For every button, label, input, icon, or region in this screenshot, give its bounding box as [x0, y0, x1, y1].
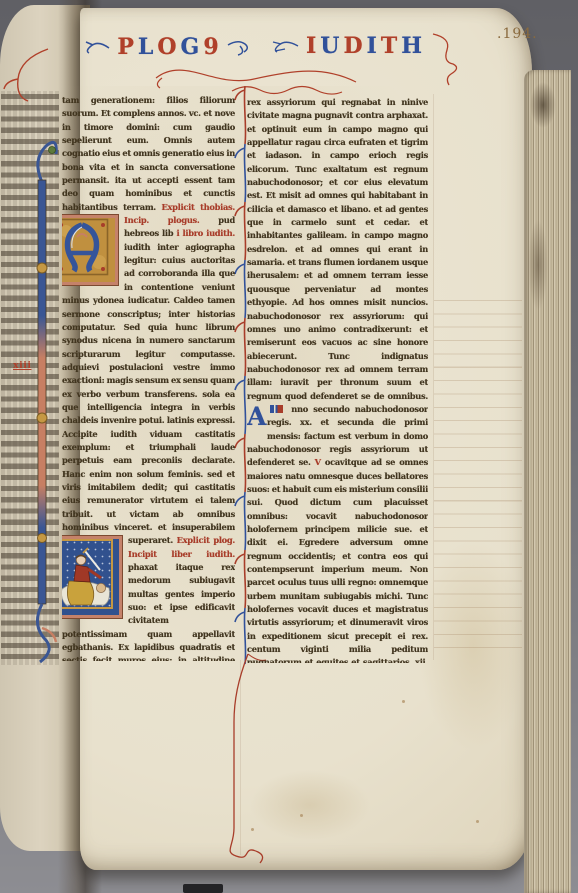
- chapter2-initial-a: A: [247, 404, 264, 431]
- manuscript-photo: xiii PLOG9 IUDITH .194.: [0, 0, 578, 893]
- initial-a-ornament: [62, 218, 109, 276]
- left-text-column: tam generationem: filios filiorum suorum…: [62, 94, 235, 661]
- tobit-ending-text: tam generationem: filios filiorum suorum…: [62, 95, 235, 212]
- section-divider-paraph: [270, 405, 283, 413]
- foxing-dot: [300, 814, 303, 817]
- foxing-dot: [402, 700, 405, 703]
- penwork-flourish-icon: [84, 38, 110, 56]
- penwork-flourish-icon: [429, 30, 463, 88]
- foxing-dot: [476, 820, 479, 823]
- judith-chapter1-right-text: rex assyriorum qui regnabat in ninive ci…: [247, 97, 428, 401]
- header-letter: P: [117, 33, 134, 61]
- rubric-in-libro-iudith: i libro iudith.: [176, 228, 235, 238]
- ruling-lines: [434, 300, 522, 660]
- rubric-incipit-liber-iudith: Incipit liber iudith.: [128, 549, 235, 559]
- chapter2-body-text: ocavitque ad se omnes maiores natu omnes…: [247, 457, 428, 663]
- edge-smudge: [528, 220, 548, 310]
- header-letter: I: [367, 32, 377, 60]
- vertical-ruling: [433, 94, 434, 660]
- header-letter: H: [401, 32, 422, 60]
- folio-number: .194.: [497, 26, 555, 42]
- miniature-scene: [62, 539, 113, 609]
- book-cradle-notch: [183, 884, 223, 893]
- rubric-explicit-prologus: Explicit plog.: [177, 535, 235, 545]
- right-text-column: rex assyriorum qui regnabat in ninive ci…: [247, 96, 428, 663]
- prologue-body-text: iudith inter agiographa legitur: cuius a…: [62, 242, 235, 546]
- miniature-judith-beheading-holofernes: [62, 536, 122, 618]
- edge-smudge: [530, 82, 556, 128]
- header-letter: T: [381, 32, 397, 60]
- fore-edge-page-stack: [524, 70, 571, 893]
- red-tail-flourish: [208, 652, 278, 878]
- vocavit-red-capital: V: [315, 457, 321, 467]
- red-penwork-flourish-facing: [2, 43, 54, 127]
- illuminated-initial-a-prologue: [62, 215, 118, 285]
- bar-border-penwork: [28, 118, 62, 684]
